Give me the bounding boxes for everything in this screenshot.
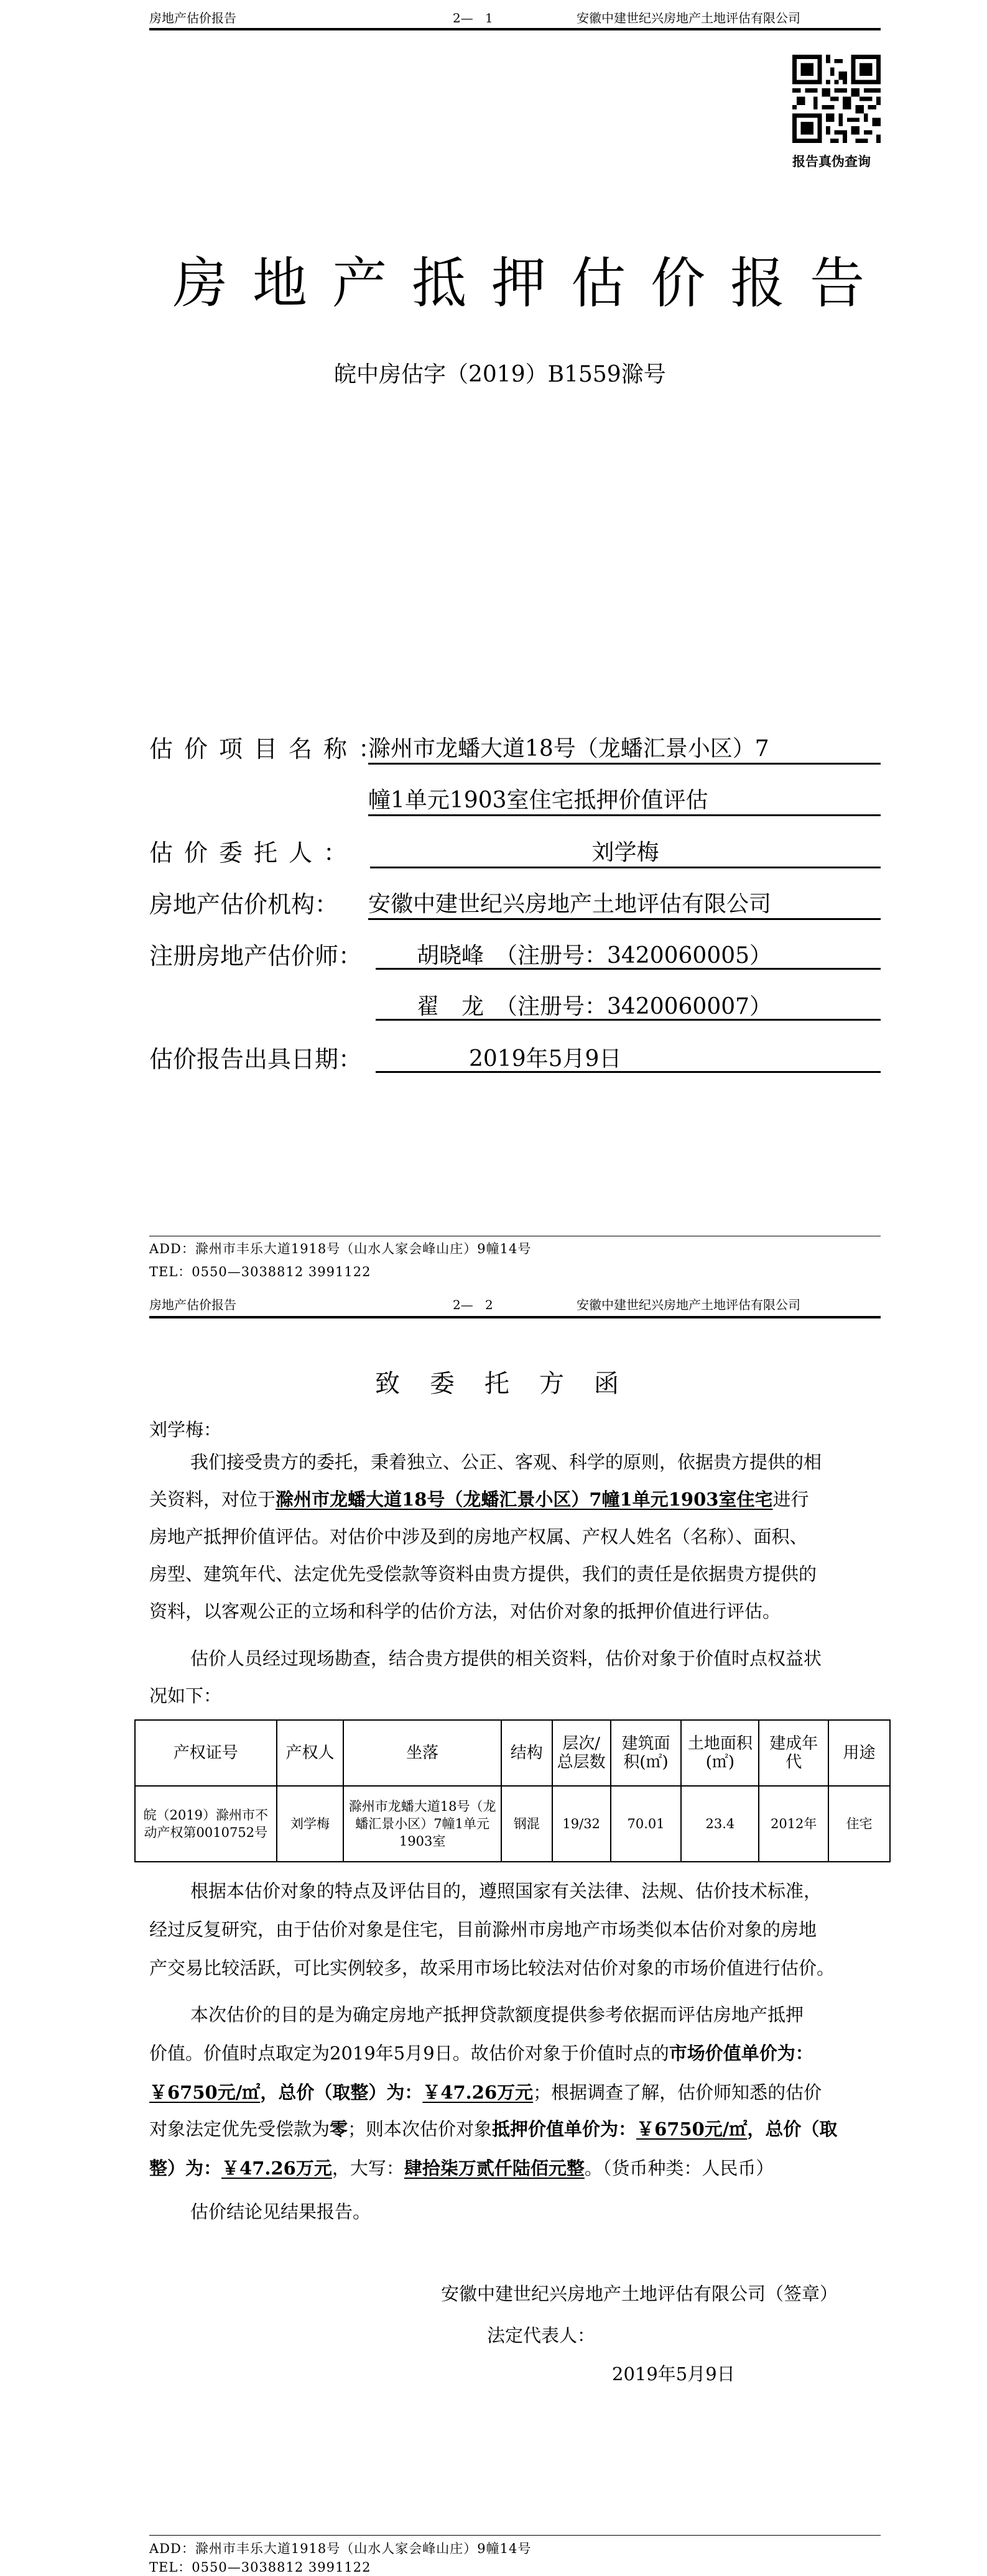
footer-address: ADD：滁州市丰乐大道1918号（山水人家会峰山庄）9幢14号 [149,1241,531,1256]
capital-amount: 肆拾柒万贰仟陆佰元整 [404,2158,585,2179]
cell-owner: 刘学梅 [277,1786,344,1862]
footer-rule [149,2535,881,2536]
para1-line3: 房地产抵押价值评估。对估价中涉及到的房地产权属、产权人姓名（名称）、面积、 [149,1527,808,1547]
para4-line2: 价值。价值时点取定为2019年5月9日。故估价对象于价值时点的市场价值单价为： [149,2043,813,2063]
para1-line4: 房型、建筑年代、法定优先受偿款等资料由贵方提供，我们的责任是依据贵方提供的 [149,1564,817,1584]
cell-land-area: 23.4 [681,1786,759,1862]
para1-line5: 资料，以客观公正的立场和科学的估价方法，对估价对象的抵押价值进行评估。 [149,1601,781,1621]
header-rule [149,28,881,30]
para1-text: 关资料，对位于 [149,1489,276,1510]
page-number: 2 [485,1298,493,1312]
para4-line4: 对象法定优先受偿款为零；则本次估价对象抵押价值单价为：￥6750元/㎡，总价（取 [149,2119,837,2139]
cell-year-built: 2012年 [759,1786,828,1862]
col-header-cert-no: 产权证号 [135,1720,277,1786]
page-number: 1 [485,11,493,25]
qr-code-icon[interactable] [792,55,881,143]
mortgage-total-label-cont: 整）为： [149,2158,221,2179]
property-address: 滁州市龙蟠大道18号（龙蟠汇景小区）7幢1单元1903室住宅 [276,1489,772,1510]
mortgage-total-price: ￥47.26万元 [221,2158,332,2179]
para4-line1: 本次估价的目的是为确定房地产抵押贷款额度提供参考依据而评估房地产抵押 [190,2005,804,2025]
para2-line2: 况如下： [149,1686,221,1706]
report-number: 皖中房估字（2019）B1559滁号 [334,362,666,387]
para1-line1: 我们接受贵方的委托，秉着独立、公正、客观、科学的原则，依据贵方提供的相 [190,1452,822,1472]
priority-claim-amount: 零 [330,2118,348,2140]
appraiser-2: 翟 龙 （注册号：3420060007） [376,993,881,1021]
agency-value: 安徽中建世纪兴房地产土地评估有限公司 [368,891,881,920]
table-header-row: 产权证号 产权人 坐落 结构 层次/总层数 建筑面积(㎡) 土地面积(㎡) 建成… [135,1720,890,1786]
para4-text: ；则本次估价对象 [348,2118,492,2140]
project-name-label: 估价项目名称： [149,735,393,763]
footer-rule [149,1236,881,1236]
signature-company: 安徽中建世纪兴房地产土地评估有限公司（签章） [441,2284,838,2304]
para4-text: ；根据调查了解，估价师知悉的估价 [533,2082,822,2103]
page-header-company: 安徽中建世纪兴房地产土地评估有限公司 [577,11,800,25]
para4-text: 对象法定优先受偿款为 [149,2118,330,2140]
page-header-title: 房地产估价报告 [149,11,236,25]
legal-representative-label: 法定代表人： [487,2325,595,2345]
agency-label: 房地产估价机构： [149,891,338,918]
cell-usage: 住宅 [828,1786,890,1862]
signature-date: 2019年5月9日 [612,2364,735,2384]
market-unit-price: ￥6750元/㎡ [149,2082,260,2103]
para3-line1: 根据本估价对象的特点及评估目的，遵照国家有关法律、法规、估价技术标准， [190,1881,822,1901]
para1-line2: 关资料，对位于滁州市龙蟠大道18号（龙蟠汇景小区）7幢1单元1903室住宅进行 [149,1489,809,1509]
cell-floor: 19/32 [552,1786,611,1862]
page-header-title: 房地产估价报告 [149,1298,236,1312]
cell-location: 滁州市龙蟠大道18号（龙蟠汇景小区）7幢1单元1903室 [343,1786,501,1862]
cell-structure: 钢混 [501,1786,552,1862]
para1-text: 进行 [772,1489,809,1510]
col-header-floor: 层次/总层数 [552,1720,611,1786]
para4-text: 价值。价值时点取定为2019年5月9日。故估价对象于价值时点的 [149,2043,669,2064]
project-name-value-line2: 幢1单元1903室住宅抵押价值评估 [368,787,881,816]
para4-text: ，大写： [332,2158,404,2179]
col-header-building-area: 建筑面积(㎡) [611,1720,682,1786]
market-total-price: ￥47.26万元 [422,2082,533,2103]
property-rights-table: 产权证号 产权人 坐落 结构 层次/总层数 建筑面积(㎡) 土地面积(㎡) 建成… [134,1719,891,1862]
para4-line3: ￥6750元/㎡，总价（取整）为：￥47.26万元；根据调查了解，估价师知悉的估… [149,2082,822,2102]
page-header-company: 安徽中建世纪兴房地产土地评估有限公司 [577,1298,800,1312]
letter-title: 致委托方函 [375,1370,649,1397]
footer-address: ADD：滁州市丰乐大道1918号（山水人家会峰山庄）9幢14号 [149,2541,531,2556]
para3-line2: 经过反复研究，由于估价对象是住宅，目前滁州市房地产市场类似本估价对象的房地 [149,1920,817,1939]
currency-note: 。（货币种类：人民币） [585,2158,774,2179]
col-header-structure: 结构 [501,1720,552,1786]
appraiser-label: 注册房地产估价师： [149,942,362,970]
col-header-usage: 用途 [828,1720,890,1786]
appraiser-1: 胡晓峰 （注册号：3420060005） [376,942,881,970]
col-header-location: 坐落 [343,1720,501,1786]
para3-line3: 产交易比较活跃，可比实例较多，故采用市场比较法对估价对象的市场价值进行估价。 [149,1958,835,1978]
mortgage-total-label: ，总价（取 [747,2118,837,2140]
page-number-prefix: 2— [453,11,473,25]
project-name-value-line1: 滁州市龙蟠大道18号（龙蟠汇景小区）7 [368,735,881,765]
market-total-label: ，总价（取整）为： [260,2082,422,2103]
col-header-land-area: 土地面积(㎡) [681,1720,759,1786]
salutation: 刘学梅： [149,1420,221,1440]
mortgage-unit-price-label: 抵押价值单价为： [492,2118,636,2140]
para4-line5: 整）为：￥47.26万元，大写：肆拾柒万贰仟陆佰元整。（货币种类：人民币） [149,2158,774,2178]
footer-phone: TEL：0550—3038812 3991122 [149,2560,371,2575]
page-number-prefix: 2— [453,1298,473,1312]
issue-date-label: 估价报告出具日期： [149,1046,362,1073]
client-value: 刘学梅 [370,839,881,868]
client-label: 估价委托人： [149,839,358,867]
header-rule [149,1316,881,1318]
col-header-owner: 产权人 [277,1720,344,1786]
para2-line1: 估价人员经过现场勘查，结合贵方提供的相关资料，估价对象于价值时点权益状 [190,1649,822,1668]
report-title: 房地产抵押估价报告 [173,254,889,313]
conclusion-note: 估价结论见结果报告。 [190,2202,371,2222]
cell-cert-no: 皖（2019）滁州市不动产权第0010752号 [135,1786,277,1862]
mortgage-unit-price: ￥6750元/㎡ [636,2118,747,2140]
col-header-year-built: 建成年代 [759,1720,828,1786]
footer-phone: TEL：0550—3038812 3991122 [149,1264,371,1279]
issue-date-value: 2019年5月9日 [376,1046,881,1073]
cell-building-area: 70.01 [611,1786,682,1862]
market-unit-price-label: 市场价值单价为： [669,2043,813,2064]
qr-verify-label: 报告真伪查询 [792,152,871,170]
table-row: 皖（2019）滁州市不动产权第0010752号 刘学梅 滁州市龙蟠大道18号（龙… [135,1786,890,1862]
